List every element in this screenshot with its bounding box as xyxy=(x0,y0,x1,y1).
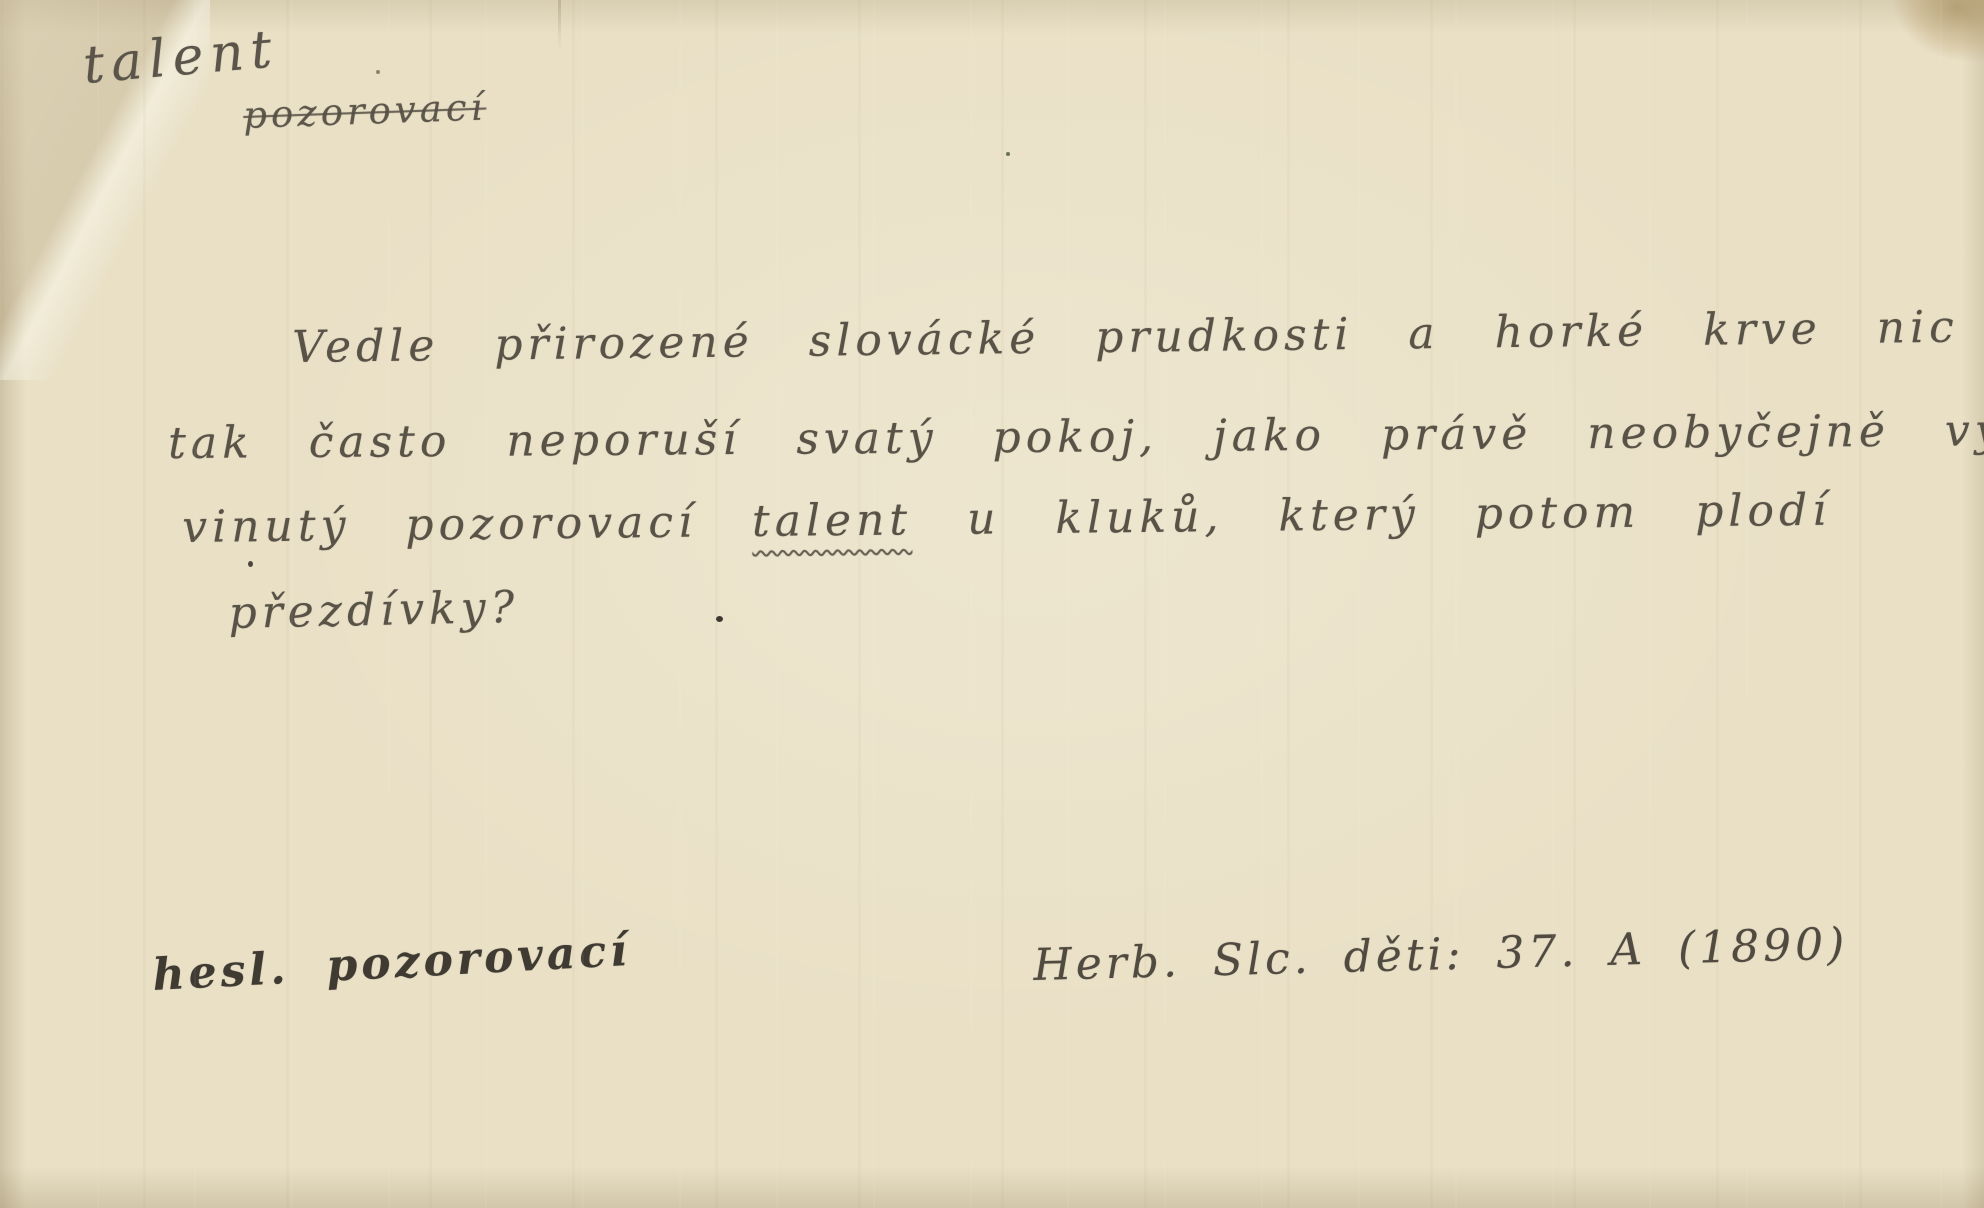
body-line-3-pre: vinutý pozorovací xyxy=(182,497,697,553)
body-line-2: tak často neporuší svatý pokoj, jako prá… xyxy=(168,405,1984,469)
body-line-3: vinutý pozorovací talent u kluků, který … xyxy=(182,485,1831,553)
body-line-4: přezdívky? xyxy=(228,582,520,639)
ink-speck xyxy=(248,561,253,567)
top-edge-crease xyxy=(558,0,561,52)
headword-talent: talent xyxy=(81,19,281,96)
ink-speck xyxy=(1006,152,1010,156)
body-line-1: Vedle přirozené slovácké prudkosti a hor… xyxy=(292,302,1959,373)
body-line-3-post: u kluků, který potom plodí xyxy=(967,485,1832,545)
corner-stain xyxy=(1879,0,1984,71)
ink-speck xyxy=(716,616,723,622)
crossed-out-subheadword: pozorovací xyxy=(242,86,487,137)
ink-speck xyxy=(376,70,380,74)
handwritten-excerpt-slip: talent pozorovací Vedle přirozené slovác… xyxy=(0,0,1984,1208)
footer-source-citation: Herb. Slc. děti: 37. A (1890) xyxy=(1033,919,1849,991)
footer-headword-note: hesl. pozorovací xyxy=(151,925,632,1001)
body-line-3-underlined-word: talent xyxy=(752,494,913,547)
